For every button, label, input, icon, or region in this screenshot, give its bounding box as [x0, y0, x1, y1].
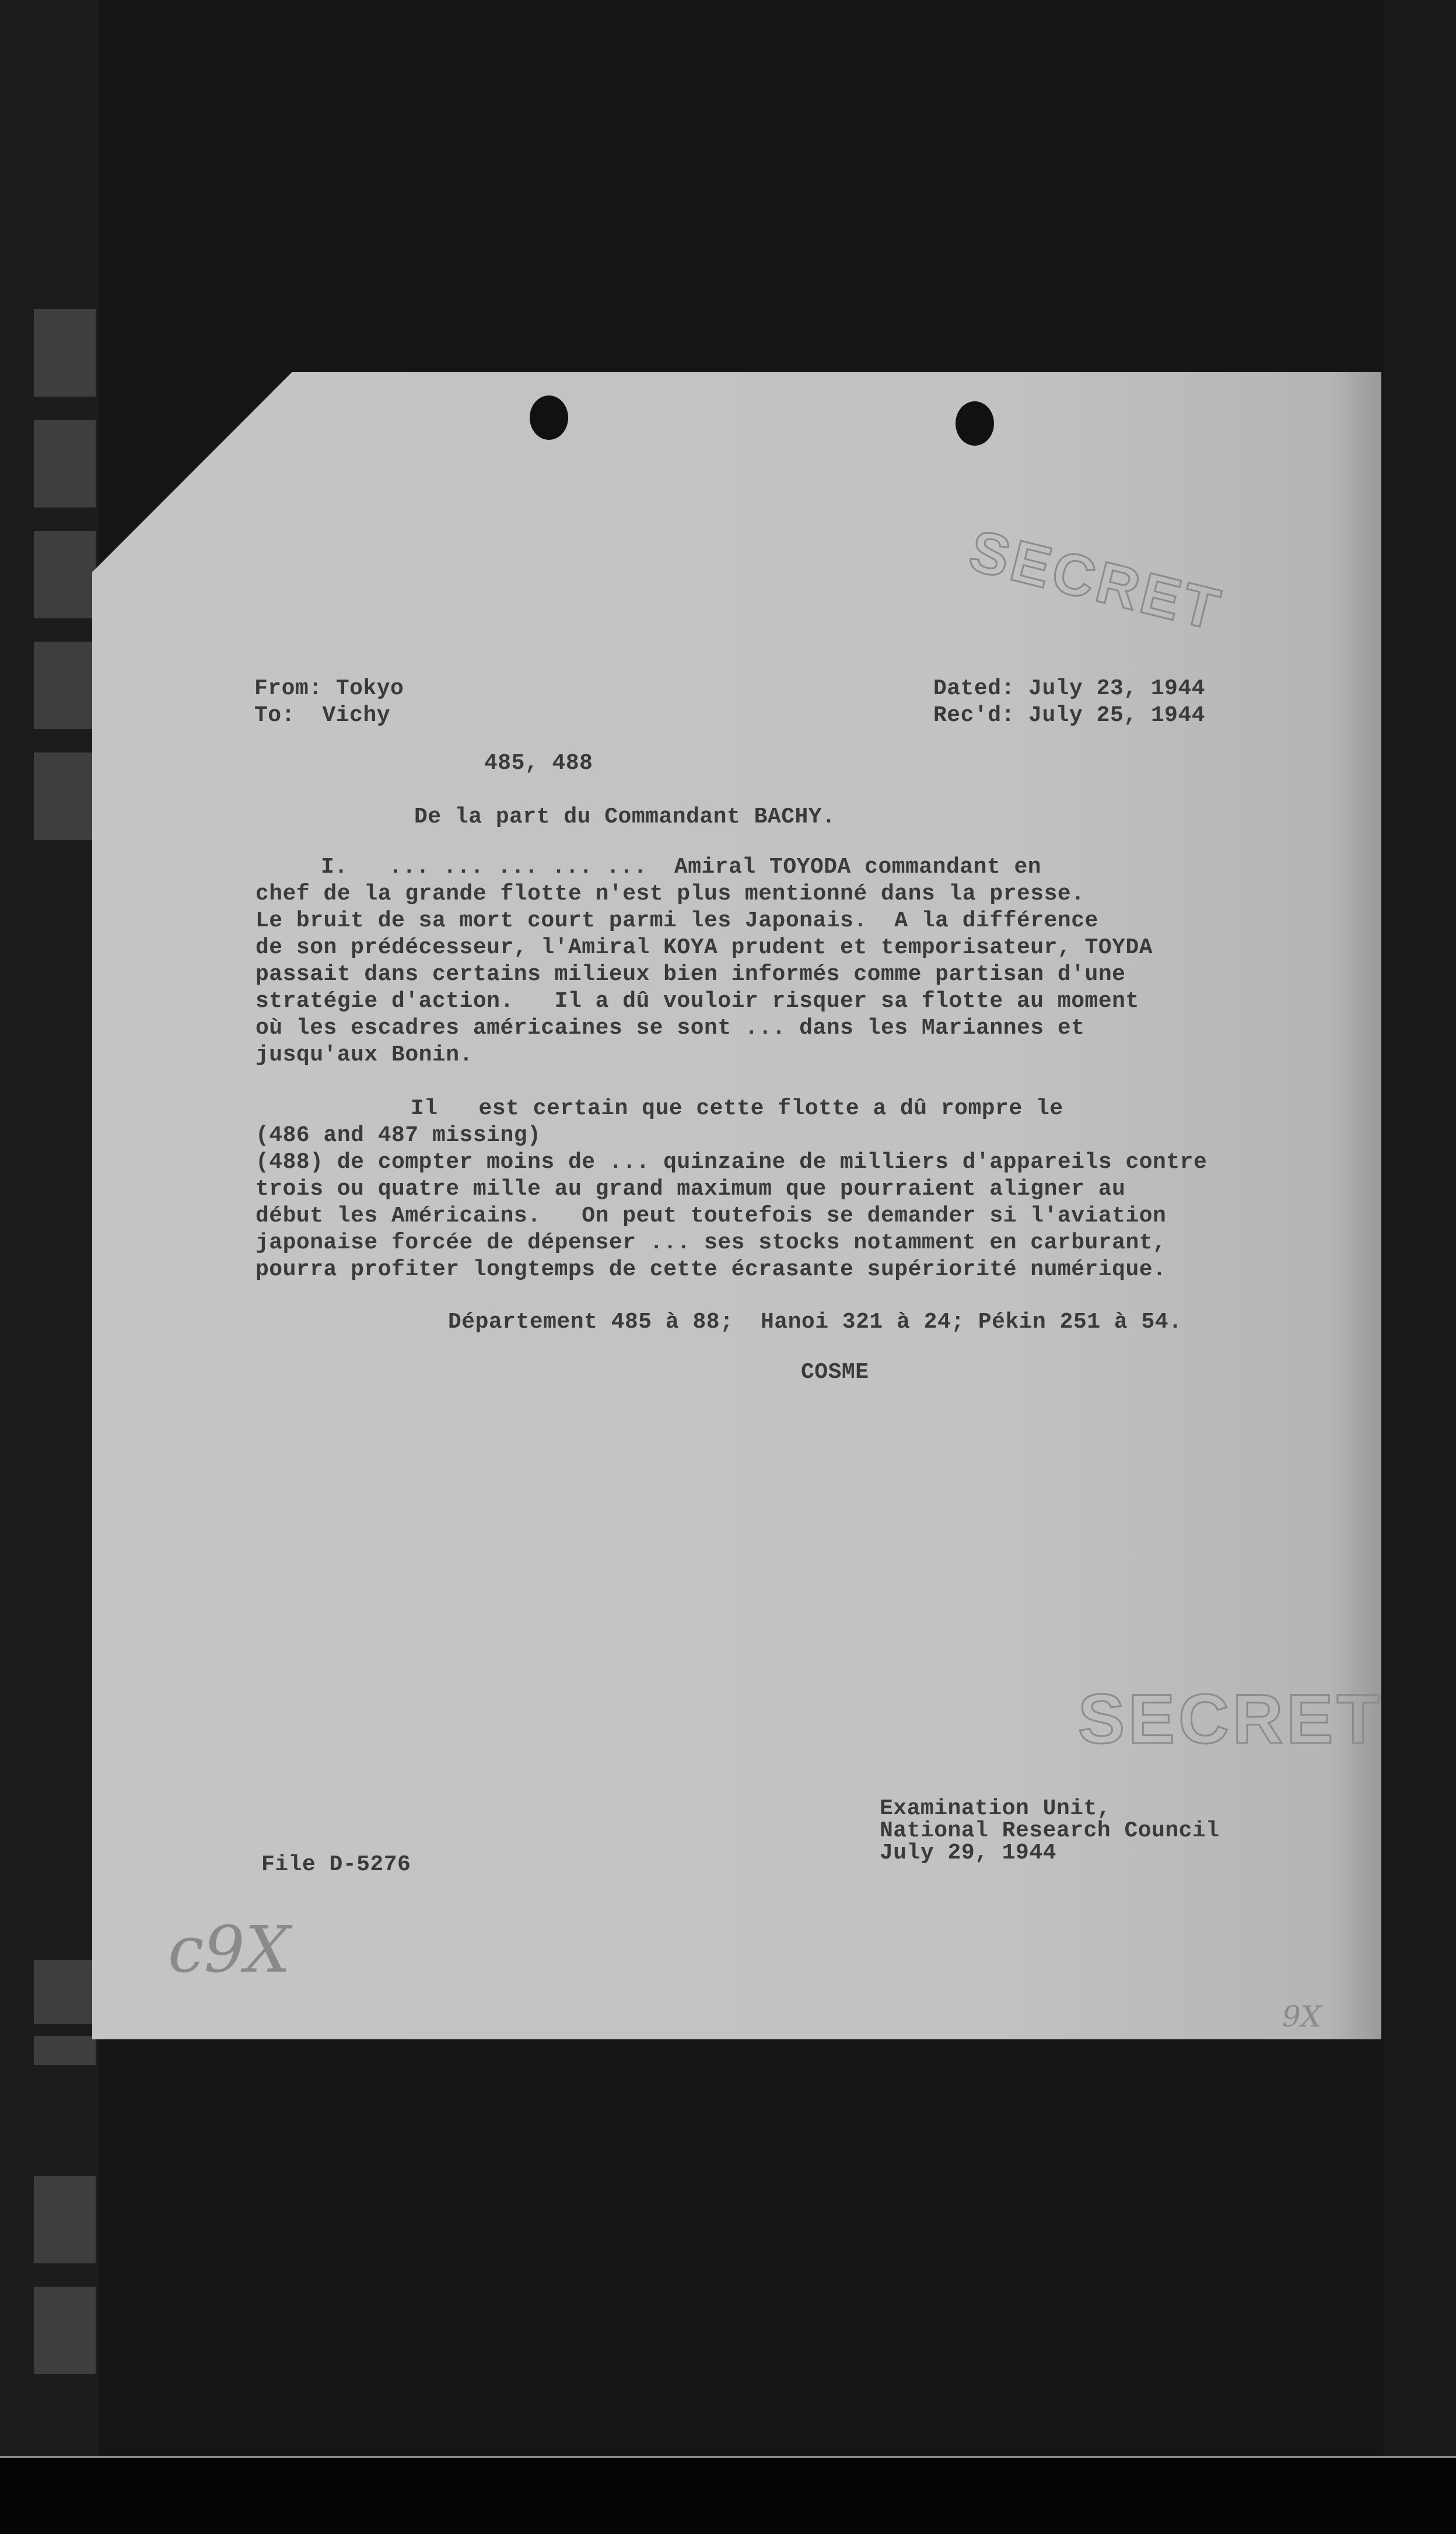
- handwritten-note: c9X: [168, 1912, 290, 1987]
- body-line: (488) de compter moins de ... quinzaine …: [256, 1149, 1207, 1176]
- routing-line: Département 485 à 88; Hanoi 321 à 24; Pé…: [448, 1309, 1182, 1336]
- punch-hole: [530, 395, 568, 440]
- dated-label: Dated:: [933, 676, 1015, 701]
- signature: COSME: [801, 1359, 869, 1386]
- dated-value: July 23, 1944: [1028, 676, 1205, 701]
- film-perforation: [34, 2287, 96, 2374]
- film-strip-edge: [0, 0, 99, 2534]
- unit-date: July 29, 1944: [880, 1840, 1056, 1867]
- body-line: japonaise forcée de dépenser ... ses sto…: [256, 1230, 1166, 1256]
- film-right-edge: [1384, 0, 1456, 2534]
- to-value: Vichy: [323, 703, 391, 728]
- film-bottom: [0, 2458, 1456, 2534]
- subject-line: De la part du Commandant BACHY.: [414, 804, 835, 831]
- secret-stamp-top: SECRET: [963, 517, 1229, 644]
- film-perforation: [34, 2036, 96, 2065]
- from-value: Tokyo: [336, 676, 404, 701]
- body-line: de son prédécesseur, l'Amiral KOYA prude…: [256, 935, 1153, 961]
- body-line: Le bruit de sa mort court parmi les Japo…: [256, 908, 1098, 935]
- body-line: passait dans certains milieux bien infor…: [256, 961, 1125, 988]
- from-label: From:: [254, 676, 323, 701]
- message-numbers: 485, 488: [484, 750, 593, 777]
- film-perforation: [34, 642, 96, 729]
- body-line: I. ... ... ... ... ... Amiral TOYODA com…: [321, 854, 1041, 881]
- handwritten-note-small: 9X: [1282, 2000, 1321, 2034]
- body-line: pourra profiter longtemps de cette écras…: [256, 1256, 1166, 1283]
- film-perforation: [34, 1960, 96, 2024]
- film-perforation: [34, 752, 96, 840]
- to-line: To: Vichy: [254, 702, 390, 729]
- body-line: trois ou quatre mille au grand maximum q…: [256, 1176, 1125, 1203]
- body-line: début les Américains. On peut toutefois …: [256, 1203, 1166, 1230]
- body-line: jusqu'aux Bonin.: [256, 1042, 473, 1069]
- punch-hole: [956, 401, 994, 446]
- document-page: SECRET From: Tokyo To: Vichy Dated: July…: [92, 372, 1381, 2039]
- dated-line: Dated: July 23, 1944: [933, 675, 1205, 702]
- film-perforation: [34, 2176, 96, 2263]
- recd-label: Rec'd:: [933, 703, 1015, 728]
- from-line: From: Tokyo: [254, 675, 404, 702]
- file-number: File D-5276: [261, 1852, 411, 1878]
- body-line: chef de la grande flotte n'est plus ment…: [256, 881, 1085, 908]
- body-line: où les escadres américaines se sont ... …: [256, 1015, 1085, 1042]
- to-label: To:: [254, 703, 295, 728]
- film-perforation: [34, 420, 96, 508]
- recd-value: July 25, 1944: [1028, 703, 1205, 728]
- body-line: stratégie d'action. Il a dû vouloir risq…: [256, 988, 1139, 1015]
- paragraph-2: Il est certain que cette flotte a dû rom…: [411, 1095, 1063, 1122]
- secret-stamp-bottom: SECRET: [1078, 1679, 1383, 1759]
- recd-line: Rec'd: July 25, 1944: [933, 702, 1205, 729]
- missing-note: (486 and 487 missing): [256, 1122, 541, 1149]
- film-perforation: [34, 309, 96, 397]
- film-perforation: [34, 531, 96, 618]
